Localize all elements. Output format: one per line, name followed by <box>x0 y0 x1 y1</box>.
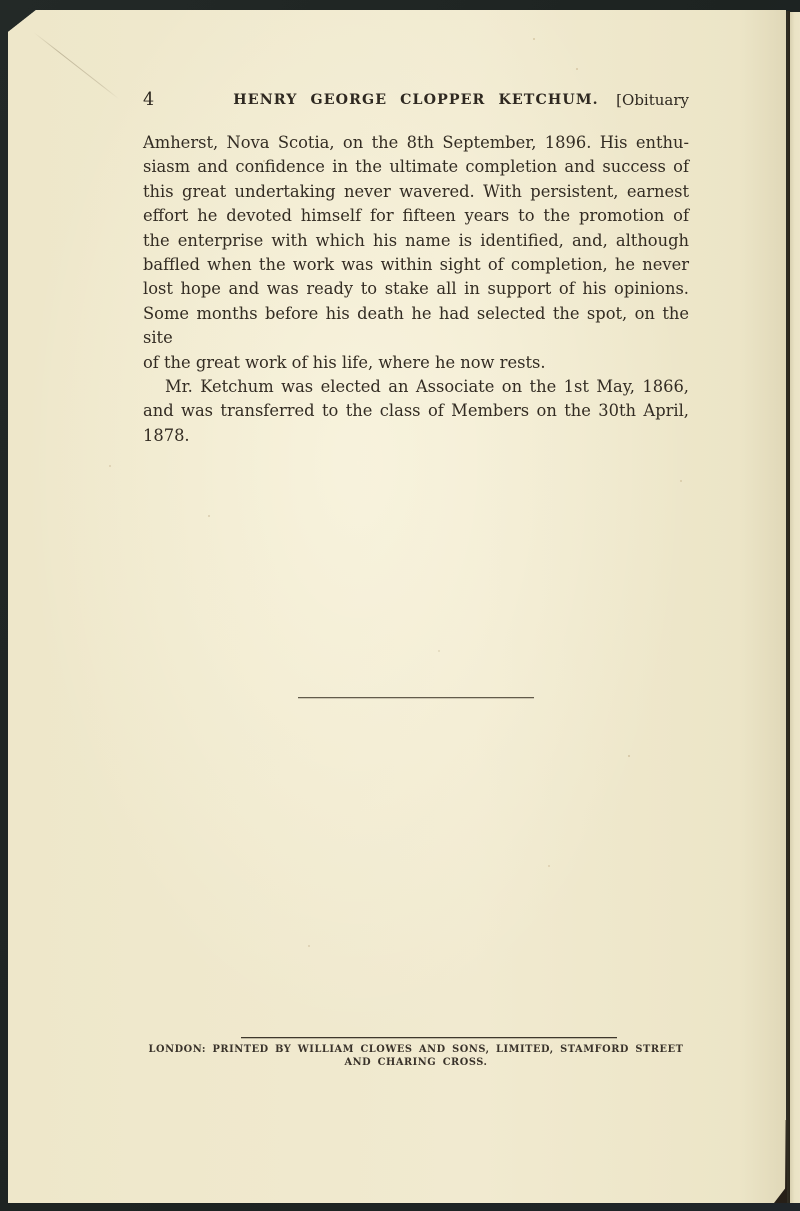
imprint-rule <box>241 1037 617 1039</box>
paper-crease <box>33 32 119 99</box>
page-gutter-line <box>785 1120 787 1190</box>
paragraph: Amherst, Nova Scotia, on the 8th Septemb… <box>143 131 689 375</box>
text-line: of the great work of his life, where he … <box>143 351 689 375</box>
text-line: Amherst, Nova Scotia, on the 8th Septemb… <box>143 131 689 155</box>
text-line: the enterprise with which his name is id… <box>143 229 689 253</box>
text-line: baffled when the work was within sight o… <box>143 253 689 277</box>
scanned-page-backdrop: 4 HENRY GEORGE CLOPPER KETCHUM. [Obituar… <box>0 0 800 1211</box>
imprint-line: LONDON: PRINTED BY WILLIAM CLOWES AND SO… <box>111 1043 721 1056</box>
text-line: Mr. Ketchum was elected an Associate on … <box>143 375 689 399</box>
imprint-line: AND CHARING CROSS. <box>111 1056 721 1069</box>
text-line: lost hope and was ready to stake all in … <box>143 277 689 301</box>
printer-imprint: LONDON: PRINTED BY WILLIAM CLOWES AND SO… <box>111 1043 721 1069</box>
section-divider-rule <box>298 697 534 699</box>
text-line: 1878. <box>143 424 689 448</box>
header-margin-note: [Obituary <box>616 91 689 109</box>
paragraph: Mr. Ketchum was elected an Associate on … <box>143 375 689 448</box>
text-line: siasm and confidence in the ultimate com… <box>143 155 689 179</box>
page-header: 4 HENRY GEORGE CLOPPER KETCHUM. [Obituar… <box>143 90 689 112</box>
next-page-sliver <box>790 12 800 1203</box>
document-page: 4 HENRY GEORGE CLOPPER KETCHUM. [Obituar… <box>8 10 786 1203</box>
text-line: and was transferred to the class of Memb… <box>143 399 689 423</box>
running-title: HENRY GEORGE CLOPPER KETCHUM. <box>143 92 689 108</box>
text-line: Some months before his death he had sele… <box>143 302 689 351</box>
text-line: this great undertaking never wavered. Wi… <box>143 180 689 204</box>
text-line: effort he devoted himself for fifteen ye… <box>143 204 689 228</box>
paper-specks <box>8 10 10 12</box>
body-text: Amherst, Nova Scotia, on the 8th Septemb… <box>143 131 689 448</box>
